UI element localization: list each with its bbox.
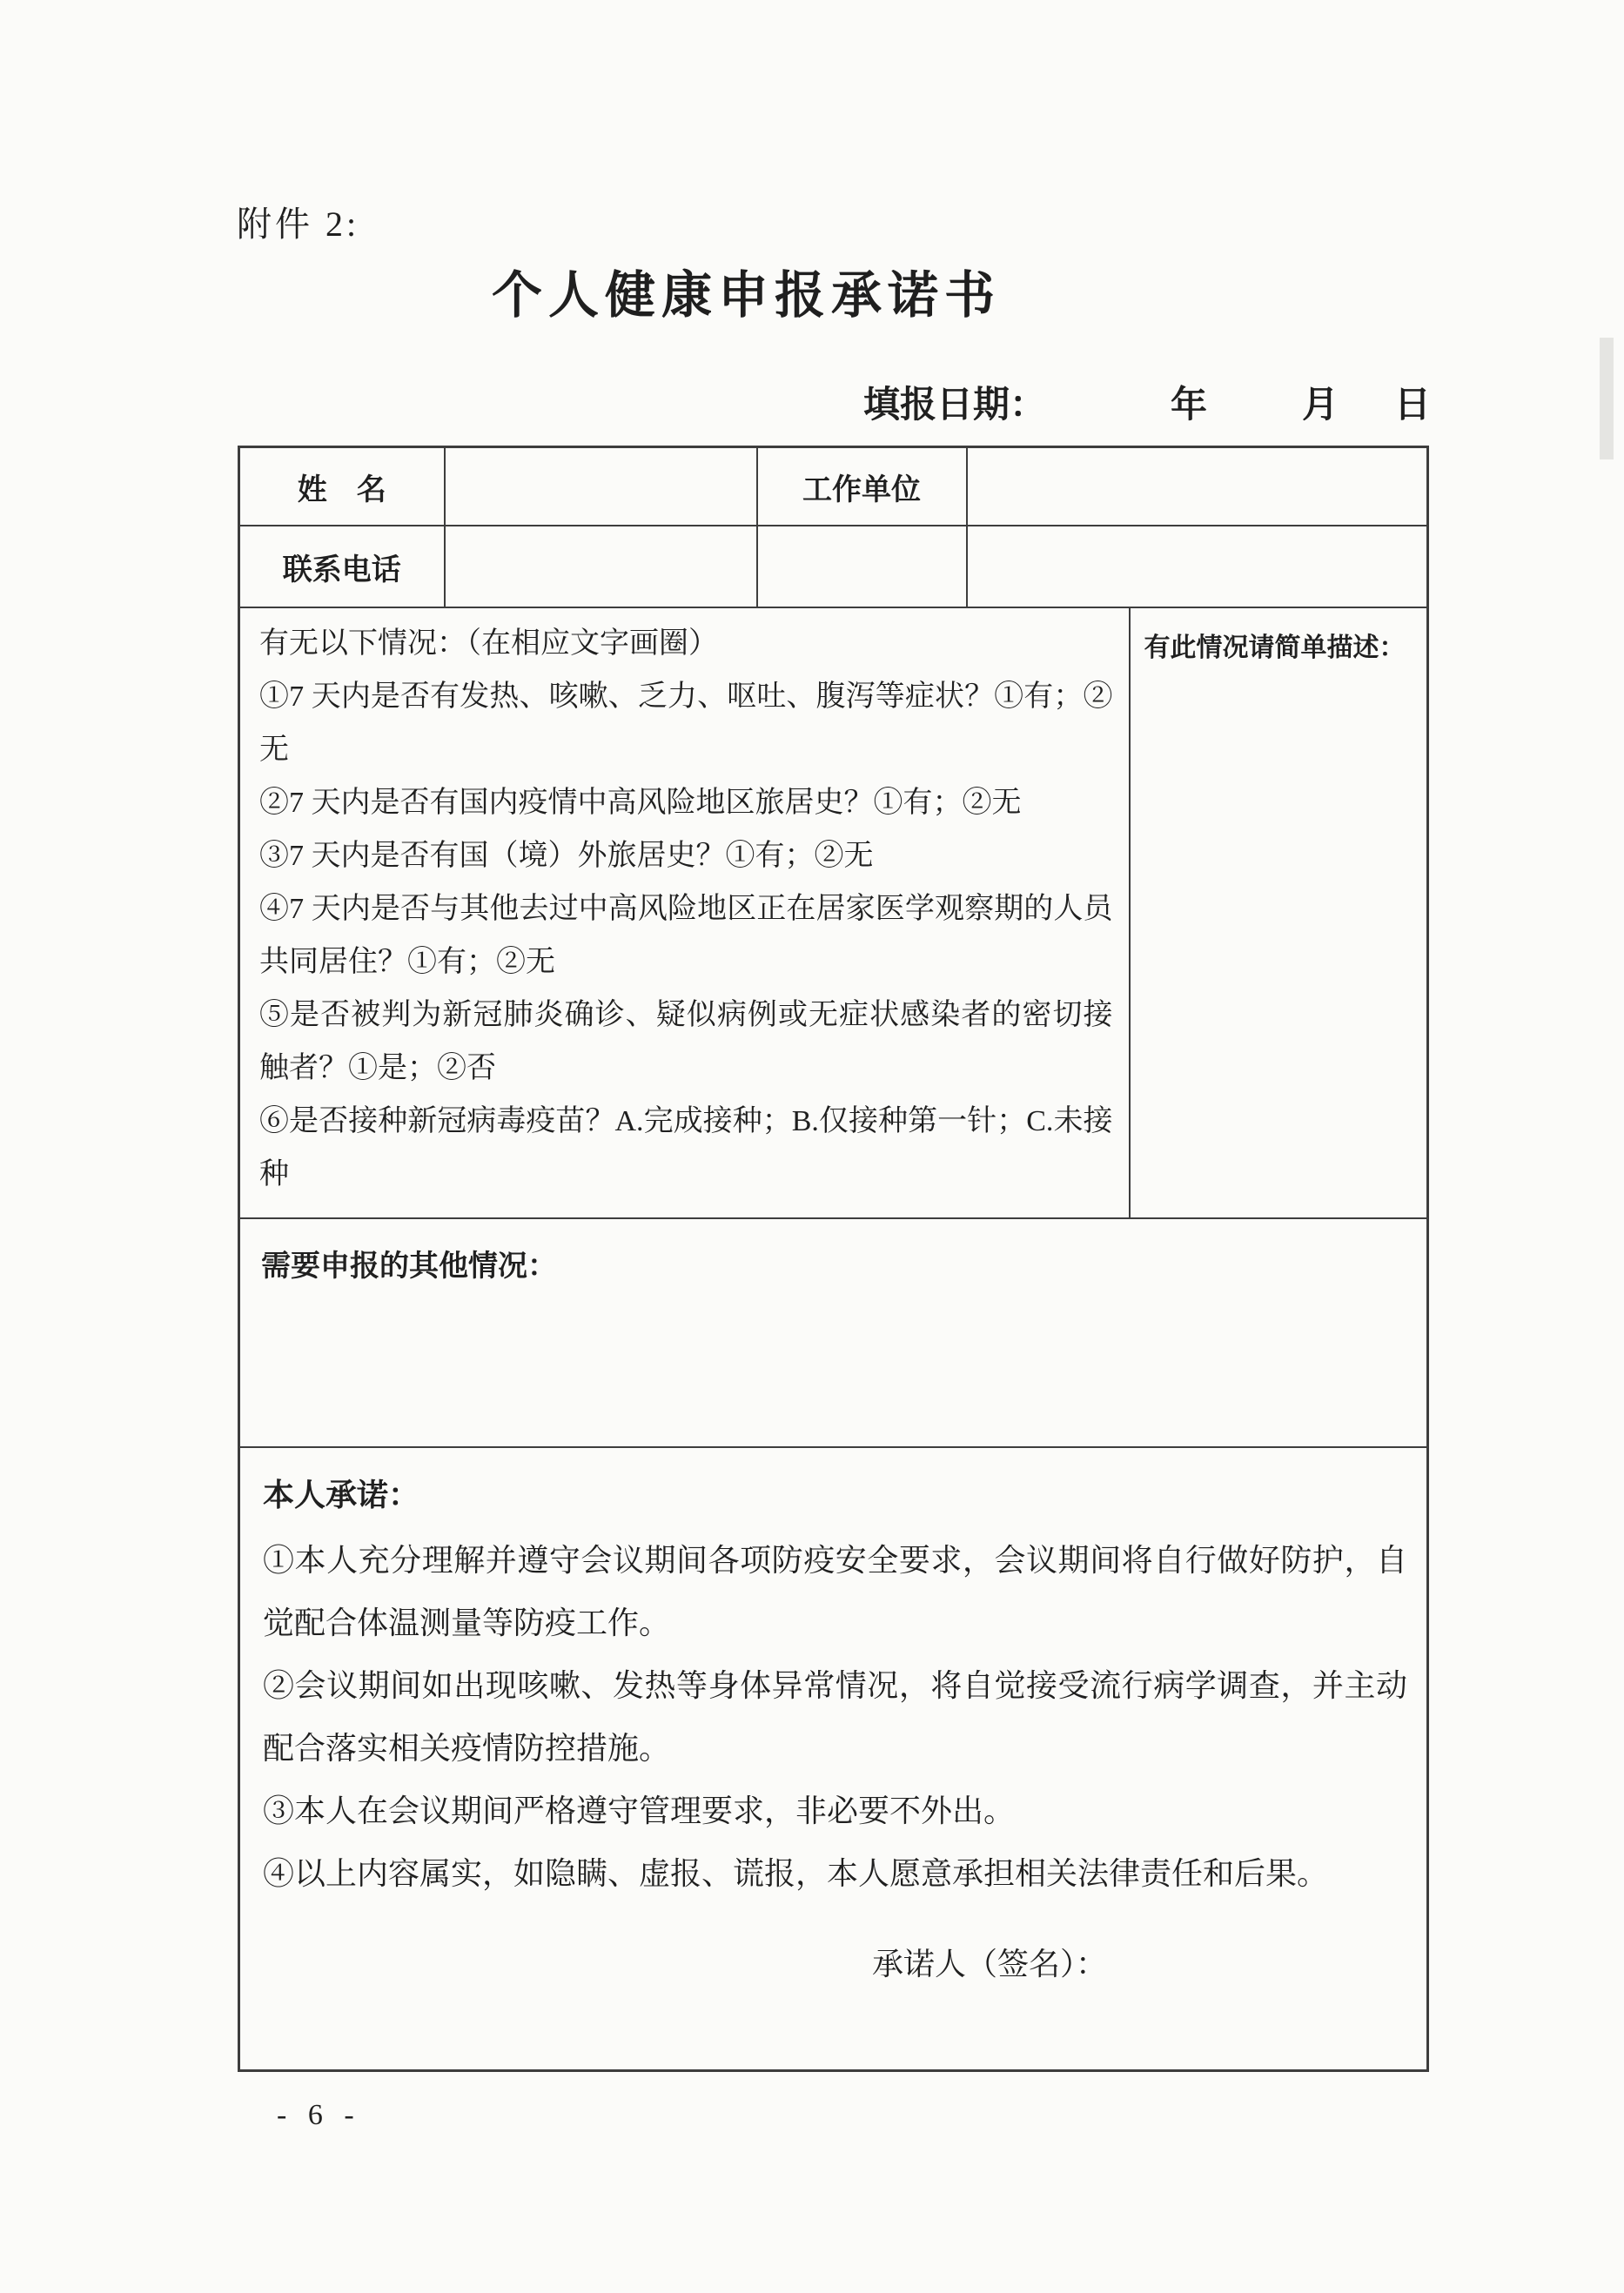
describe-cell[interactable]: 有此情况请简单描述： [1130,607,1428,1218]
fill-date-label: 填报日期： [863,376,1046,428]
other-situations-cell[interactable]: 需要申报的其他情况： [239,1218,1428,1447]
table-row: 姓 名 工作单位 [239,447,1428,526]
name-label-cell: 姓 名 [239,447,445,526]
questions-cell: 有无以下情况：（在相应文字画圈） ①7 天内是否有发热、咳嗽、乏力、呕吐、腹泻等… [239,607,1130,1218]
page-title: 个人健康申报承诺书 [492,254,1001,327]
table-row: 有无以下情况：（在相应文字画圈） ①7 天内是否有发热、咳嗽、乏力、呕吐、腹泻等… [239,607,1428,1218]
commitment-item-3: ③本人在会议期间严格遵守管理要求，非必要不外出。 [263,1780,1407,1842]
scan-artifact [1600,338,1614,459]
question-item-1: ①7 天内是否有发热、咳嗽、乏力、呕吐、腹泻等症状？①有；②无 [259,670,1113,776]
health-form-table: 姓 名 工作单位 联系电话 有无以下情况：（在相应文字画圈） ①7 天内是否有发… [238,446,1429,2072]
work-unit-label-cell: 工作单位 [757,447,967,526]
empty-cell-middle[interactable] [757,526,967,607]
table-row: 需要申报的其他情况： [239,1218,1428,1447]
year-label: 年 [1171,376,1207,428]
other-situations-label: 需要申报的其他情况： [261,1242,1409,1284]
fill-date-line: 填报日期： 年 月 日 [0,376,1624,428]
question-item-6: ⑥是否接种新冠病毒疫苗？A.完成接种；B.仅接种第一针；C.未接种 [259,1095,1113,1201]
questions-intro: 有无以下情况：（在相应文字画圈） [259,617,1113,670]
month-label: 月 [1302,376,1339,428]
signature-line[interactable]: 承诺人（签名）： [263,1940,1407,1984]
commitment-item-1: ①本人充分理解并遵守会议期间各项防疫安全要求，会议期间将自行做好防护，自觉配合体… [263,1529,1407,1654]
table-row: 联系电话 [239,526,1428,607]
phone-input-cell[interactable] [445,526,757,607]
table-row: 本人承诺： ①本人充分理解并遵守会议期间各项防疫安全要求，会议期间将自行做好防护… [239,1447,1428,2071]
document-page: 附件 2: 个人健康申报承诺书 填报日期： 年 月 日 姓 名 工作单位 联系电… [0,0,1624,2293]
work-unit-input-cell[interactable] [967,447,1428,526]
attachment-label: 附件 2: [237,197,359,246]
commitment-heading: 本人承诺： [263,1471,1407,1515]
phone-label-cell: 联系电话 [239,526,445,607]
question-item-3: ③7 天内是否有国（境）外旅居史？①有；②无 [259,829,1113,882]
empty-cell-right[interactable] [967,526,1428,607]
signature-label: 承诺人（签名）： [872,1947,1107,1981]
describe-label: 有此情况请简单描述： [1144,626,1417,664]
day-label: 日 [1394,376,1431,428]
page-number: - 6 - [277,2099,361,2132]
question-item-5: ⑤是否被判为新冠肺炎确诊、疑似病例或无症状感染者的密切接触者？①是；②否 [259,989,1113,1095]
commitment-item-4: ④以上内容属实，如隐瞒、虚报、谎报，本人愿意承担相关法律责任和后果。 [263,1842,1407,1905]
commitment-item-2: ②会议期间如出现咳嗽、发热等身体异常情况，将自觉接受流行病学调查，并主动配合落实… [263,1654,1407,1780]
name-input-cell[interactable] [445,447,757,526]
question-item-4: ④7 天内是否与其他去过中高风险地区正在居家医学观察期的人员共同居住？①有；②无 [259,882,1113,989]
commitment-cell: 本人承诺： ①本人充分理解并遵守会议期间各项防疫安全要求，会议期间将自行做好防护… [239,1447,1428,2071]
question-item-2: ②7 天内是否有国内疫情中高风险地区旅居史？①有；②无 [259,776,1113,829]
